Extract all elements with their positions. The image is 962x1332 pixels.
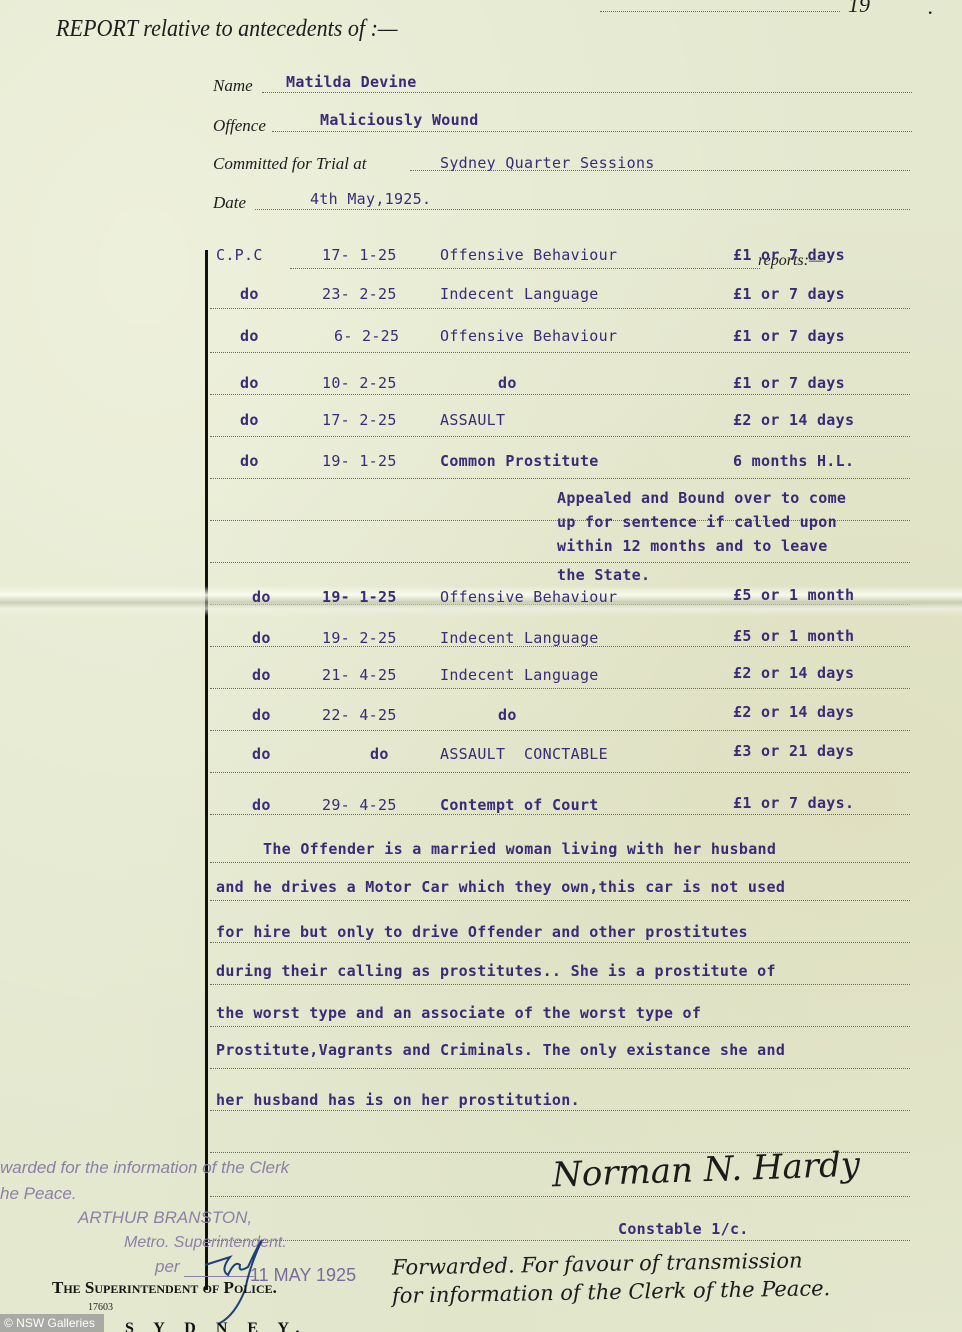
copyright-watermark: © NSW Galleries — [0, 1314, 104, 1332]
offence-value: Maliciously Wound — [320, 111, 479, 129]
record-penalty: £1 or 7 days — [733, 285, 845, 303]
form-number: 17603 — [88, 1302, 113, 1313]
year-suffix: 19 — [848, 0, 870, 18]
rule-line — [210, 862, 910, 863]
margin-rule — [205, 250, 208, 1290]
rule-line — [290, 268, 760, 269]
record-court: C.P.C — [216, 246, 263, 264]
rule-line — [210, 900, 910, 901]
record-date: 22- 4-25 — [322, 706, 397, 724]
name-value: Matilda Devine — [286, 73, 417, 91]
record-court: do — [252, 588, 271, 606]
stamp-line-2: he Peace. — [0, 1184, 77, 1204]
narrative-line: for hire but only to drive Offender and … — [216, 923, 748, 941]
record-date: 6- 2-25 — [334, 327, 399, 345]
record-date: 23- 2-25 — [322, 285, 397, 303]
addressee: The Superintendent of Police. — [52, 1278, 277, 1298]
record-penalty: £3 or 21 days — [733, 742, 854, 760]
record-court: do — [252, 629, 271, 647]
record-date: do — [370, 745, 389, 763]
record-court: do — [252, 666, 271, 684]
record-penalty: £1 or 7 days — [733, 246, 845, 264]
rule-line — [210, 984, 910, 985]
record-date: 19- 1-25 — [322, 588, 397, 606]
handwritten-line-2: for information of the Clerk of the Peac… — [392, 1276, 831, 1308]
narrative-line: her husband has is on her prostitution. — [216, 1091, 580, 1109]
record-offence: Contempt of Court — [440, 796, 599, 814]
narrative-line: during their calling as prostitutes.. Sh… — [216, 962, 776, 980]
record-offence: Offensive Behaviour — [440, 246, 617, 264]
rule-line — [210, 1026, 910, 1027]
record-offence: ASSAULT CONCTABLE — [440, 745, 608, 763]
appeal-note-line: up for sentence if called upon — [557, 513, 837, 531]
rule-line — [210, 814, 910, 815]
record-offence: Indecent Language — [440, 666, 599, 684]
record-date: 21- 4-25 — [322, 666, 397, 684]
appeal-note-line: the State. — [557, 566, 650, 584]
record-penalty: £2 or 14 days — [733, 664, 854, 682]
record-court: do — [252, 745, 271, 763]
rule-line — [210, 1240, 910, 1241]
rule-line — [210, 730, 910, 731]
record-court: do — [240, 285, 259, 303]
narrative-line: Prostitute,Vagrants and Criminals. The o… — [216, 1041, 785, 1059]
offence-line — [272, 131, 912, 132]
record-date: 29- 4-25 — [322, 796, 397, 814]
date-line — [255, 209, 910, 210]
date-label: Date — [213, 193, 246, 213]
record-penalty: £5 or 1 month — [733, 627, 854, 645]
record-penalty: 6 months H.L. — [733, 452, 854, 470]
rule-line — [210, 772, 910, 773]
rule-line — [210, 562, 910, 563]
record-date: 10- 2-25 — [322, 374, 397, 392]
rule-line — [210, 394, 910, 395]
rule-line — [210, 1196, 910, 1197]
rule-line — [210, 942, 910, 943]
record-court: do — [252, 796, 271, 814]
handwritten-line-1: Forwarded. For favour of transmission — [392, 1248, 803, 1279]
record-court: do — [252, 706, 271, 724]
rule-line — [210, 308, 910, 309]
rule-line — [210, 1068, 910, 1069]
narrative-line: and he drives a Motor Car which they own… — [216, 878, 785, 896]
record-court: do — [240, 452, 259, 470]
rule-line — [210, 1110, 910, 1111]
record-offence: Common Prostitute — [440, 452, 599, 470]
name-line — [262, 92, 912, 93]
rule-line — [210, 352, 910, 353]
narrative-line: The Offender is a married woman living w… — [263, 840, 776, 858]
record-date: 17- 2-25 — [322, 411, 397, 429]
date-value: 4th May,1925. — [310, 190, 431, 208]
record-date: 19- 2-25 — [322, 629, 397, 647]
offence-label: Offence — [213, 116, 266, 136]
appeal-note-line: within 12 months and to leave — [557, 537, 828, 555]
record-court: do — [240, 327, 259, 345]
stamp-per: per — [155, 1257, 180, 1277]
record-penalty: £1 or 7 days. — [733, 794, 854, 812]
record-penalty: £5 or 1 month — [733, 586, 854, 604]
date-year-line — [600, 11, 840, 12]
record-offence: do — [498, 374, 517, 392]
record-date: 19- 1-25 — [322, 452, 397, 470]
committed-label: Committed for Trial at — [213, 154, 367, 174]
committed-value: Sydney Quarter Sessions — [440, 154, 655, 172]
period-mark: . — [928, 0, 934, 20]
record-date: 17- 1-25 — [322, 246, 397, 264]
record-offence: Indecent Language — [440, 629, 599, 647]
record-court: do — [240, 411, 259, 429]
record-penalty: £2 or 14 days — [733, 703, 854, 721]
record-offence: do — [498, 706, 517, 724]
record-offence: ASSAULT — [440, 411, 505, 429]
record-offence: Offensive Behaviour — [440, 327, 617, 345]
record-court: do — [240, 374, 259, 392]
narrative-line: the worst type and an associate of the w… — [216, 1004, 701, 1022]
record-penalty: £1 or 7 days — [733, 374, 845, 392]
report-title: REPORT relative to antecedents of :— — [56, 16, 398, 43]
constable-rank: Constable 1/c. — [618, 1220, 749, 1238]
name-label: Name — [213, 76, 253, 96]
rule-line — [210, 436, 910, 437]
stamp-line-1: warded for the information of the Clerk — [0, 1158, 289, 1178]
appeal-note-line: Appealed and Bound over to come — [557, 489, 846, 507]
rule-line — [210, 478, 910, 479]
record-penalty: £2 or 14 days — [733, 411, 854, 429]
rule-line — [210, 688, 910, 689]
record-offence: Offensive Behaviour — [440, 588, 617, 606]
city: S Y D N E Y. — [125, 1320, 308, 1332]
record-offence: Indecent Language — [440, 285, 599, 303]
stamp-officer: ARTHUR BRANSTON, — [78, 1208, 252, 1228]
record-penalty: £1 or 7 days — [733, 327, 845, 345]
